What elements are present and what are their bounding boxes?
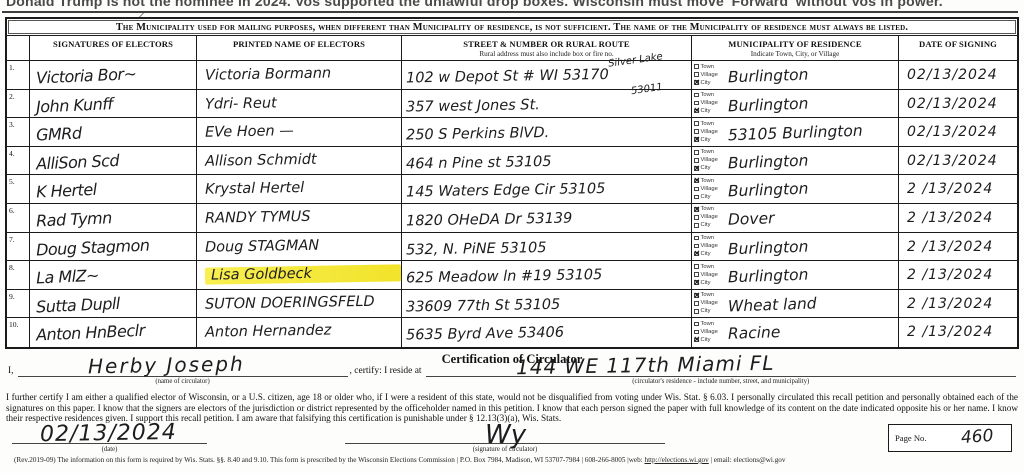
city-checkbox-icon: City <box>694 164 726 172</box>
town-checkbox-icon: Town <box>694 320 726 328</box>
printed-name-handwriting: Lisa Goldbeck <box>205 264 401 284</box>
cert-pre-text: I, <box>8 366 14 377</box>
printed-name-handwriting: Victoria Bormann <box>205 64 401 83</box>
page-number-box: Page No. 460 <box>888 424 1012 452</box>
elector-signature-handwriting: John Kunff <box>36 90 197 116</box>
footer-separator: | email: <box>709 456 734 464</box>
street-cell: 464 n Pine st 53105 <box>402 147 692 175</box>
municipality-cell: Town Village City Racine <box>692 318 899 347</box>
city-checkbox-icon: City <box>694 79 726 87</box>
date-handwriting: 2 /13/2024 <box>907 324 1017 340</box>
signature-cell: K Hertel <box>30 175 197 203</box>
signature-cell: La MlZ~ <box>30 261 197 289</box>
street-handwriting: 357 west Jones St. <box>406 94 691 115</box>
petition-row: 3. GMRd EVe Hoen — 250 S Perkins BlVD. T… <box>7 118 1017 147</box>
printed-name-handwriting: Krystal Hertel <box>205 179 401 198</box>
city-checkbox-icon: City <box>694 336 726 344</box>
campaign-message: Donald Trump is not the nominee in 2024.… <box>6 0 1014 11</box>
municipality-instruction-banner: The Municipality used for mailing purpos… <box>7 19 1017 36</box>
circulator-name-blank: Herby Joseph (name of circulator) <box>18 361 348 377</box>
municipality-type-checkboxes: Town Village City <box>692 261 726 289</box>
street-cell: 1820 OHeDA Dr 53139 <box>402 204 692 232</box>
cert-mid-text: , certify: I reside at <box>350 366 422 377</box>
date-cell: 02/13/2024 <box>899 90 1017 118</box>
row-number: 7. <box>7 233 30 261</box>
circulator-residence-blank: 144 WE 117th Miami FL (circulator's resi… <box>426 361 1016 377</box>
date-handwriting: 02/13/2024 <box>907 67 1017 83</box>
municipality-handwriting: Wheat land <box>728 294 817 319</box>
date-cell: 2 /13/2024 <box>899 204 1017 232</box>
table-body: 1. Victoria Bor~ Victoria Bormann Silver… <box>7 61 1017 347</box>
circulator-residence-label: (circulator's residence - include number… <box>426 378 1016 385</box>
street-handwriting: 1820 OHeDA Dr 53139 <box>406 208 691 229</box>
municipality-type-checkboxes: Town Village City <box>692 290 726 318</box>
printed-name-cell: SUTON DOERINGSFELD <box>197 290 402 318</box>
date-handwriting: 02/13/2024 <box>907 124 1017 140</box>
street-cell: 250 S Perkins BlVD. <box>402 118 692 146</box>
signature-cell: Victoria Bor~ <box>30 61 197 89</box>
municipality-cell: Town Village City Burlington <box>692 90 899 118</box>
signature-cell: Doug Stagmon <box>30 233 197 261</box>
town-checkbox-icon: Town <box>694 177 726 185</box>
town-checkbox-icon: Town <box>694 63 726 71</box>
date-handwriting: 2 /13/2024 <box>907 267 1017 283</box>
municipality-cell: Town Village City Burlington <box>692 147 899 175</box>
elector-signature-handwriting: Anton HnBeclr <box>36 319 197 345</box>
page-number-label: Page No. <box>895 433 927 443</box>
row-number: 4. <box>7 147 30 175</box>
date-cell: 02/13/2024 <box>899 147 1017 175</box>
row-number: 5. <box>7 175 30 203</box>
row-number: 1. <box>7 61 30 89</box>
circulator-date-line: 02/13/2024 (date) <box>12 443 207 444</box>
elector-signature-handwriting: K Hertel <box>36 176 197 202</box>
signature-cell: Sutta Dupll <box>30 290 197 318</box>
form-footer: (Rev.2019-09) The information on this fo… <box>14 456 1014 464</box>
row-number: 8. <box>7 261 30 289</box>
date-cell: 2 /13/2024 <box>899 318 1017 347</box>
municipality-handwriting: Burlington <box>728 180 809 204</box>
footer-web-link: http://elections.wi.gov <box>644 456 708 464</box>
petition-row: 7. Doug Stagmon Doug STAGMAN 532, N. PiN… <box>7 233 1017 262</box>
municipality-cell: Town Village City Wheat land <box>692 290 899 318</box>
date-handwriting: 02/13/2024 <box>907 96 1017 112</box>
printed-name-handwriting: Allison Schmidt <box>205 150 401 169</box>
petition-row: 1. Victoria Bor~ Victoria Bormann Silver… <box>7 61 1017 90</box>
col-header-printed-name: PRINTED NAME OF ELECTORS <box>197 36 402 60</box>
municipality-cell: Town Village City Burlington <box>692 233 899 261</box>
street-handwriting: 145 Waters Edge Cir 53105 <box>406 180 691 201</box>
printed-name-handwriting: RANDY TYMUS <box>205 207 401 226</box>
street-handwriting: 5635 Byrd Ave 53406 <box>406 323 691 344</box>
table-header-row: SIGNATURES OF ELECTORS PRINTED NAME OF E… <box>7 36 1017 61</box>
petition-row: 5. K Hertel Krystal Hertel 145 Waters Ed… <box>7 175 1017 204</box>
municipality-handwriting: Burlington <box>728 237 809 261</box>
municipality-cell: Town Village City Dover <box>692 204 899 232</box>
municipality-type-checkboxes: Town Village City <box>692 318 726 347</box>
municipality-handwriting: Racine <box>728 323 781 347</box>
footer-email: elections@wi.gov <box>734 456 786 464</box>
village-checkbox-icon: Village <box>694 185 726 193</box>
municipality-type-checkboxes: Town Village City <box>692 175 726 203</box>
elector-signature-handwriting: Sutta Dupll <box>36 290 197 316</box>
date-cell: 02/13/2024 <box>899 61 1017 89</box>
municipality-handwriting: Burlington <box>728 266 809 290</box>
printed-name-cell: Allison Schmidt <box>197 147 402 175</box>
date-handwriting: 2 /13/2024 <box>907 210 1017 226</box>
signature-cell: Anton HnBeclr <box>30 318 197 347</box>
street-cell: 145 Waters Edge Cir 53105 <box>402 175 692 203</box>
municipality-type-checkboxes: Town Village City <box>692 233 726 261</box>
street-handwriting: 250 S Perkins BlVD. <box>406 123 691 144</box>
municipality-type-checkboxes: Town Village City <box>692 118 726 146</box>
printed-name-cell: Ydri- Reut <box>197 90 402 118</box>
col-header-signatures: SIGNATURES OF ELECTORS <box>30 36 197 60</box>
printed-name-cell: Doug STAGMAN <box>197 233 402 261</box>
printed-name-cell: Victoria Bormann <box>197 61 402 89</box>
municipality-cell: Town Village City Burlington <box>692 61 899 89</box>
municipality-cell: Town Village City Burlington <box>692 175 899 203</box>
elector-signature-handwriting: Victoria Bor~ <box>36 62 197 88</box>
signature-cell: John Kunff <box>30 90 197 118</box>
circulator-date-handwriting: 02/13/2024 <box>40 420 177 447</box>
petition-row: 8. La MlZ~ Lisa Goldbeck 625 Meadow ln #… <box>7 261 1017 290</box>
certification-body-text: I further certify I am either a qualifie… <box>6 392 1018 424</box>
town-checkbox-icon: Town <box>694 91 726 99</box>
city-checkbox-icon: City <box>694 136 726 144</box>
municipality-handwriting: Dover <box>728 209 775 232</box>
signature-cell: Rad Tymn <box>30 204 197 232</box>
street-handwriting: 464 n Pine st 53105 <box>406 151 691 172</box>
municipality-type-checkboxes: Town Village City <box>692 61 726 89</box>
elector-signature-handwriting: La MlZ~ <box>36 262 197 288</box>
date-cell: 2 /13/2024 <box>899 233 1017 261</box>
col-header-municipality: MUNICIPALITY OF RESIDENCE Indicate Town,… <box>692 36 899 60</box>
circulator-residence-handwriting: 144 WE 117th Miami FL <box>515 351 774 380</box>
municipality-handwriting: Burlington <box>728 151 809 175</box>
municipality-handwriting: 53105 Burlington <box>728 122 863 148</box>
printed-name-handwriting: Anton Hernandez <box>205 322 401 341</box>
petition-row: 2. John Kunff Ydri- Reut 53011 357 west … <box>7 90 1017 119</box>
footer-text: (Rev.2019-09) The information on this fo… <box>14 456 644 464</box>
campaign-message-text: Donald Trump is not the nominee in 2024.… <box>6 0 1014 9</box>
row-number: 9. <box>7 290 30 318</box>
printed-name-cell: RANDY TYMUS <box>197 204 402 232</box>
date-cell: 02/13/2024 <box>899 118 1017 146</box>
elector-signature-handwriting: Doug Stagmon <box>36 233 197 259</box>
circulator-signature-line: Wy (signature of circulator) <box>345 443 665 444</box>
street-cell: 53011 357 west Jones St. <box>402 90 692 118</box>
city-checkbox-icon: City <box>694 221 726 229</box>
date-handwriting: 2 /13/2024 <box>907 181 1017 197</box>
village-checkbox-icon: Village <box>694 213 726 221</box>
col-header-date: DATE OF SIGNING <box>899 36 1017 60</box>
town-checkbox-icon: Town <box>694 291 726 299</box>
municipality-type-checkboxes: Town Village City <box>692 204 726 232</box>
municipality-handwriting: Burlington <box>728 66 809 90</box>
street-handwriting: 625 Meadow ln #19 53105 <box>406 266 691 287</box>
city-checkbox-icon: City <box>694 250 726 258</box>
printed-name-cell: EVe Hoen — <box>197 118 402 146</box>
street-handwriting: 33609 77th St 53105 <box>406 294 691 315</box>
printed-name-cell: Krystal Hertel <box>197 175 402 203</box>
row-number: 6. <box>7 204 30 232</box>
date-cell: 2 /13/2024 <box>899 175 1017 203</box>
street-handwriting: 532, N. PiNE 53105 <box>406 237 691 258</box>
signature-cell: GMRd <box>30 118 197 146</box>
municipality-cell: Town Village City 53105 Burlington <box>692 118 899 146</box>
street-cell: 33609 77th St 53105 <box>402 290 692 318</box>
village-checkbox-icon: Village <box>694 299 726 307</box>
city-checkbox-icon: City <box>694 107 726 115</box>
petition-row: 6. Rad Tymn RANDY TYMUS 1820 OHeDA Dr 53… <box>7 204 1017 233</box>
row-number: 3. <box>7 118 30 146</box>
city-checkbox-icon: City <box>694 307 726 315</box>
town-checkbox-icon: Town <box>694 263 726 271</box>
date-handwriting: 2 /13/2024 <box>907 239 1017 255</box>
printed-name-cell: Lisa Goldbeck <box>197 261 402 289</box>
municipality-subnote: Indicate Town, City, or Village <box>694 50 896 58</box>
col-header-number <box>7 36 30 60</box>
page-number-handwriting: 460 <box>960 426 994 448</box>
town-checkbox-icon: Town <box>694 120 726 128</box>
petition-row: 4. AlliSon Scd Allison Schmidt 464 n Pin… <box>7 147 1017 176</box>
city-checkbox-icon: City <box>694 193 726 201</box>
date-handwriting: 02/13/2024 <box>907 153 1017 169</box>
printed-name-handwriting: EVe Hoen — <box>205 121 401 140</box>
elector-signature-handwriting: GMRd <box>36 119 197 145</box>
date-line-label: (date) <box>12 446 207 453</box>
municipality-type-checkboxes: Town Village City <box>692 90 726 118</box>
petition-row: 9. Sutta Dupll SUTON DOERINGSFELD 33609 … <box>7 290 1017 319</box>
certification-line: I, Herby Joseph (name of circulator) , c… <box>8 361 1016 377</box>
circulator-name-handwriting: Herby Joseph <box>87 352 244 379</box>
municipality-cell: Town Village City Burlington <box>692 261 899 289</box>
signature-cell: AlliSon Scd <box>30 147 197 175</box>
printed-name-handwriting: Doug STAGMAN <box>205 236 401 255</box>
street-cell: 532, N. PiNE 53105 <box>402 233 692 261</box>
date-cell: 2 /13/2024 <box>899 261 1017 289</box>
elector-signature-handwriting: AlliSon Scd <box>36 147 197 173</box>
elector-signature-handwriting: Rad Tymn <box>36 204 197 230</box>
town-checkbox-icon: Town <box>694 234 726 242</box>
scanned-recall-petition-page: Donald Trump is not the nominee in 2024.… <box>0 0 1024 473</box>
date-handwriting: 2 /13/2024 <box>907 296 1017 312</box>
city-checkbox-icon: City <box>694 279 726 287</box>
municipality-handwriting: Burlington <box>728 94 809 118</box>
street-cell: 625 Meadow ln #19 53105 <box>402 261 692 289</box>
municipality-type-checkboxes: Town Village City <box>692 147 726 175</box>
row-number: 10. <box>7 318 30 347</box>
petition-row: 10. Anton HnBeclr Anton Hernandez 5635 B… <box>7 318 1017 347</box>
petition-signature-table: The Municipality used for mailing purpos… <box>5 17 1019 349</box>
town-checkbox-icon: Town <box>694 148 726 156</box>
date-cell: 2 /13/2024 <box>899 290 1017 318</box>
printed-name-cell: Anton Hernandez <box>197 318 402 347</box>
street-cell: 5635 Byrd Ave 53406 <box>402 318 692 347</box>
town-checkbox-icon: Town <box>694 205 726 213</box>
circulator-name-label: (name of circulator) <box>18 378 348 385</box>
signature-line-label: (signature of circulator) <box>345 446 665 453</box>
row-number: 2. <box>7 90 30 118</box>
printed-name-handwriting: Ydri- Reut <box>205 93 401 112</box>
printed-name-handwriting: SUTON DOERINGSFELD <box>205 293 401 312</box>
